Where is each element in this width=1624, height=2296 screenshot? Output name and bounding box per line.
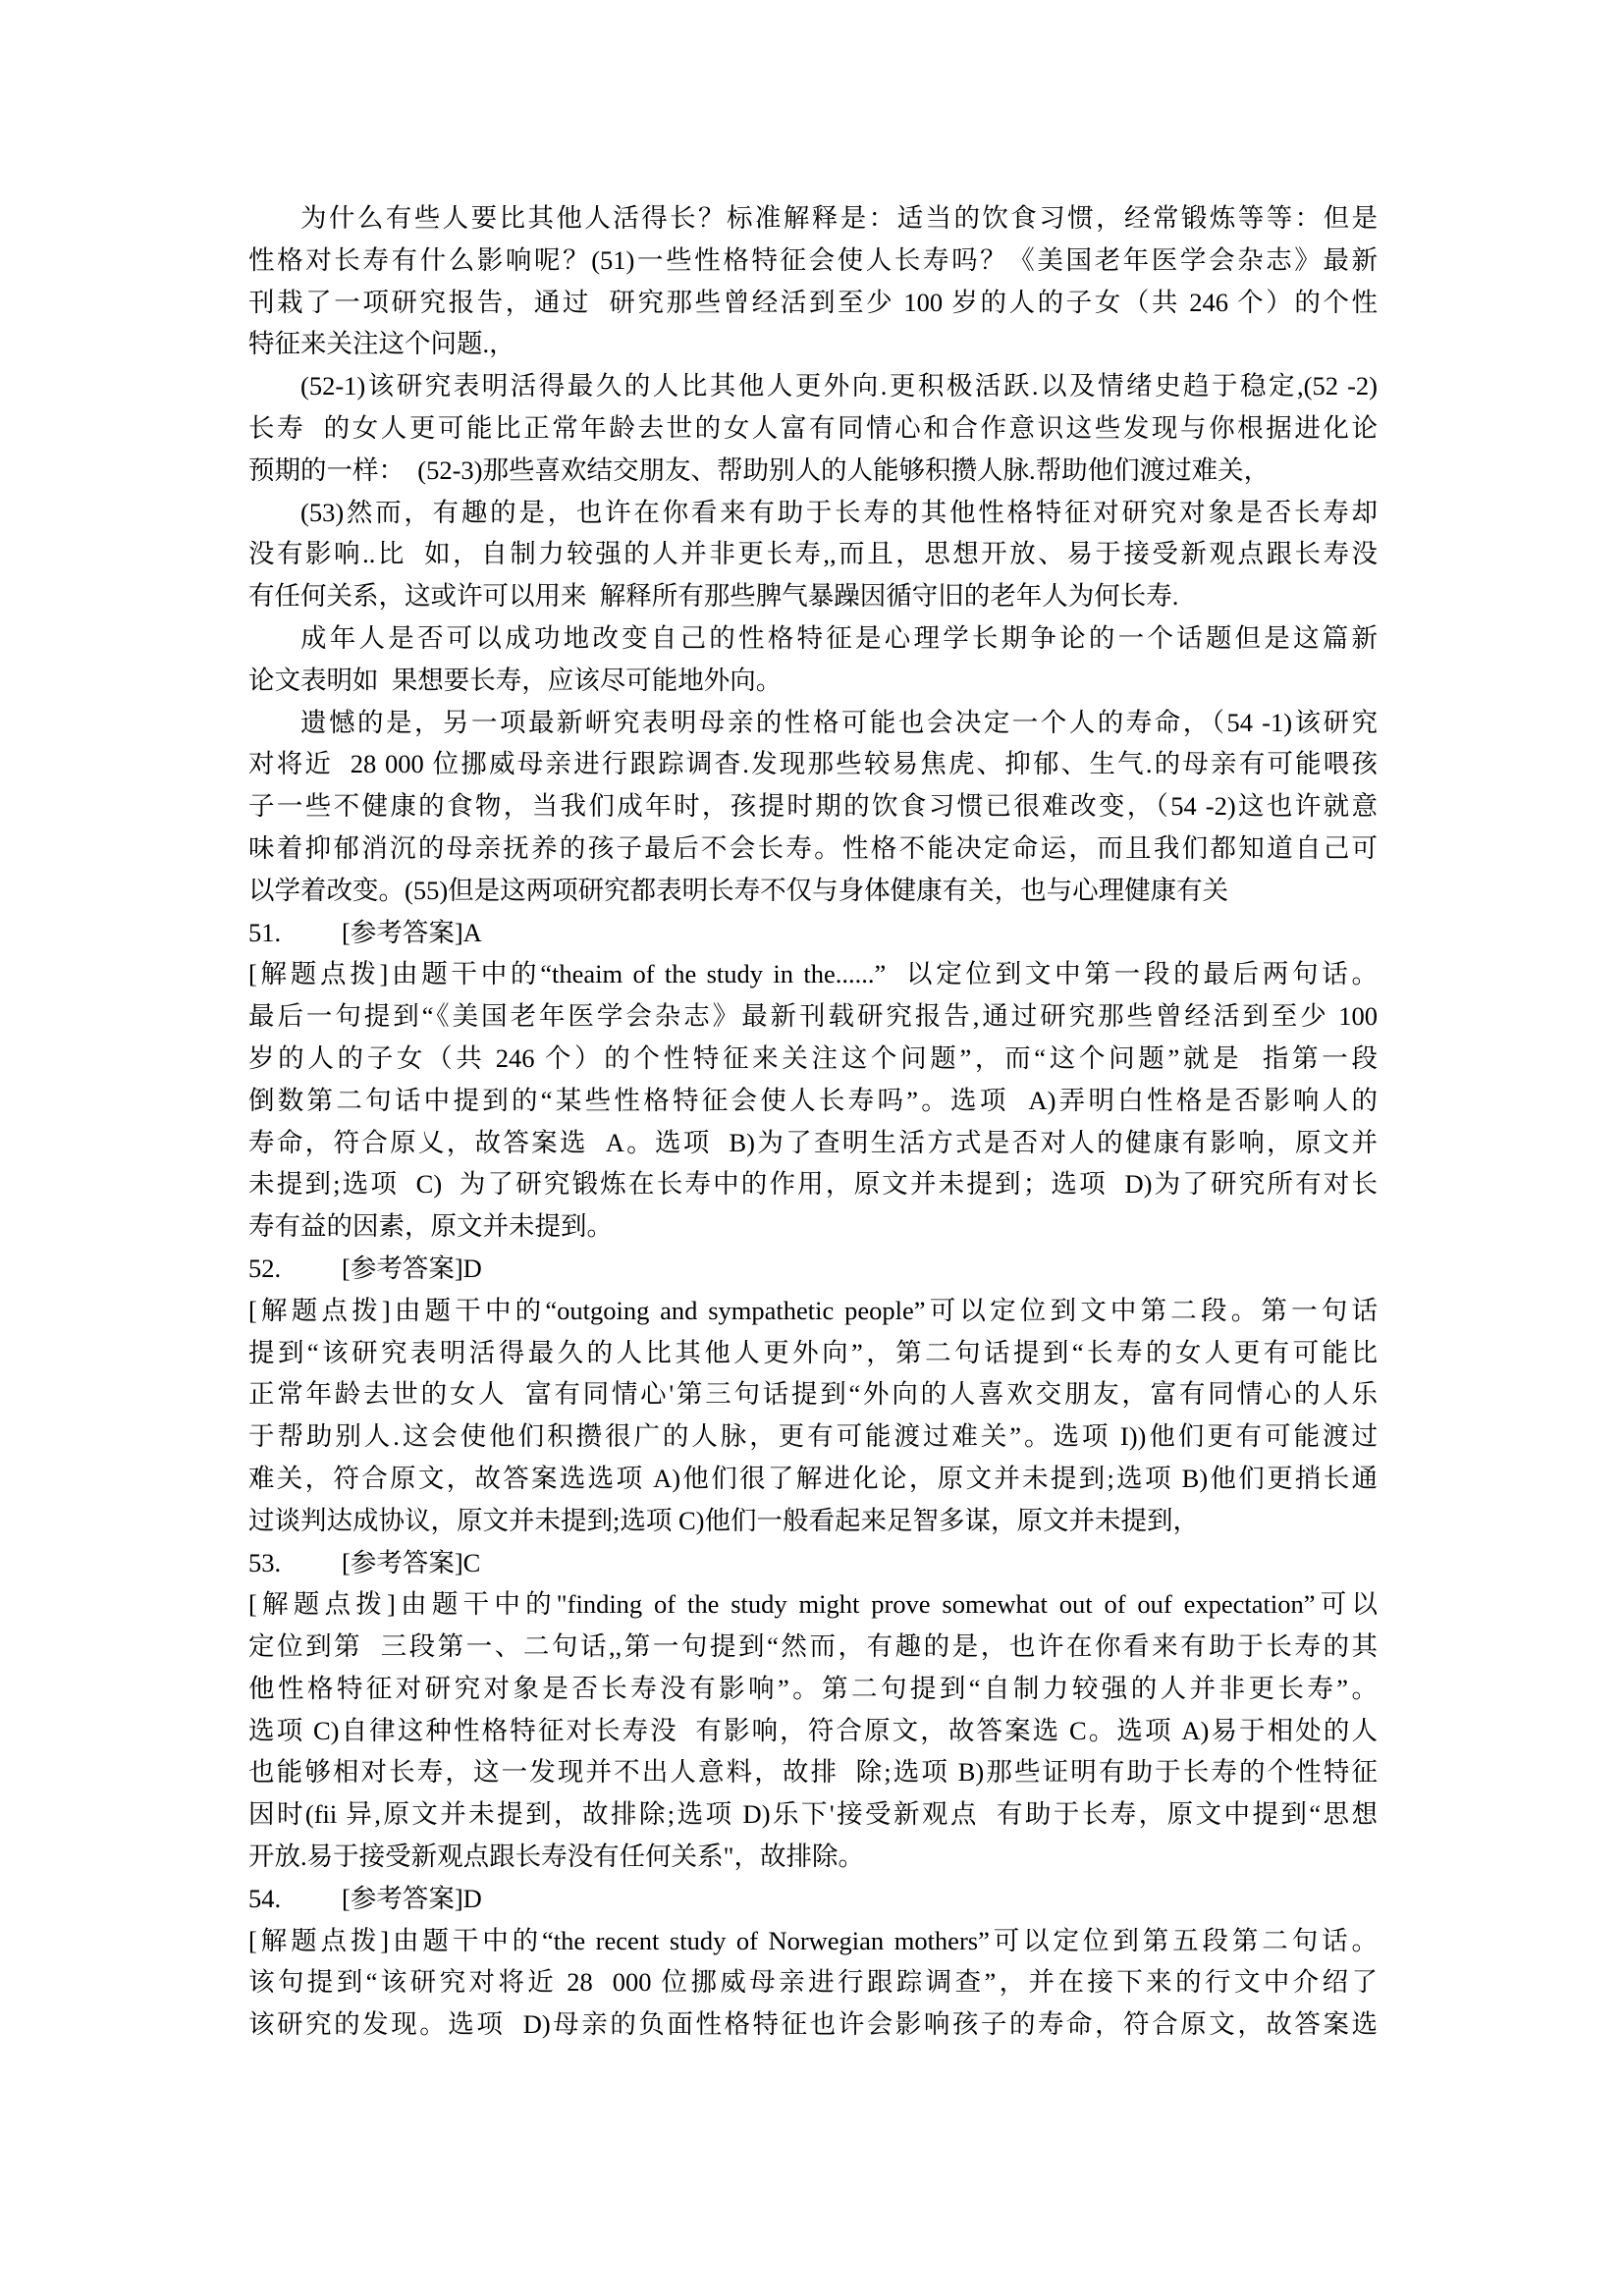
- explanation-line: 寿有益的因素，原文并未提到。: [248, 1205, 1378, 1248]
- reference-answer: [参考答案]D: [342, 1248, 482, 1290]
- answer-heading: 52. [参考答案]D: [248, 1248, 1378, 1290]
- text-line: 预期的一样： (52-3)那些喜欢结交朋友、帮助别人的人能够积攒人脉.帮助他们渡…: [248, 450, 1378, 492]
- answer-heading: 51. [参考答案]A: [248, 912, 1378, 954]
- document-page: 为什么有些人要比其他人活得长？标准解释是：适当的饮食习惯，经常锻炼等等：但是 性…: [248, 197, 1378, 2046]
- explanation-line: 选项 C)自律这种性格特征对长寿没 有影响，符合原文，故答案选 C。选项 A)易…: [248, 1710, 1378, 1752]
- text-line: 没有影响..比 如，自制力较强的人并非更长寿,,而且，思想开放、易于接受新观点跟…: [248, 533, 1378, 575]
- question-number: 52.: [248, 1248, 342, 1290]
- passage-paragraph-1: 为什么有些人要比其他人活得长？标准解释是：适当的饮食习惯，经常锻炼等等：但是 性…: [248, 197, 1378, 365]
- text-line: 特征来关注这个问题.，: [248, 323, 1378, 365]
- answer-heading: 53. [参考答案]C: [248, 1542, 1378, 1584]
- explanation-line: 于帮助别人.这会使他们积攒很广的人脉，更有可能渡过难关”。选项 I))他们更有可…: [248, 1415, 1378, 1458]
- explanation-line: 倒数第二句话中提到的“某些性格特征会使人长寿吗”。选项 A)弄明白性格是否影响人…: [248, 1080, 1378, 1122]
- text-line: 遗憾的是，另一项最新岍究表明母亲的性格可能也会决定一个人的寿命，（54 -1)该…: [248, 702, 1378, 744]
- explanation-line: [解题点拨]由题干中的“theaim of the study in the..…: [248, 953, 1378, 995]
- text-line: (53)然而，有趣的是，也许在你看来有助于长寿的其他性格特征对研究对象是否长寿却: [248, 492, 1378, 534]
- question-number: 51.: [248, 912, 342, 954]
- text-line: 性格对长寿有什么影响呢？(51)一些性格特征会使人长寿吗？《美国老年医学会杂志》…: [248, 240, 1378, 282]
- explanation-line: 也能够相对长寿，这一发现并不出人意料，故排 除;选项 B)那些证明有助于长寿的个…: [248, 1751, 1378, 1793]
- explanation-line: 最后一句提到“《美国老年医学会杂志》最新刊载研究报告,通过研究那些曾经活到至少 …: [248, 995, 1378, 1038]
- explanation-line: [解题点拨]由题干中的“outgoing and sympathetic peo…: [248, 1290, 1378, 1332]
- reference-answer: [参考答案]D: [342, 1878, 482, 1920]
- explanation-line: 该句提到“该研究对将近 28 000 位挪威母亲进行跟踪调查”，并在接下来的行文…: [248, 1961, 1378, 2003]
- answer-section-51: 51. [参考答案]A [解题点拨]由题干中的“theaim of the st…: [248, 912, 1378, 1248]
- explanation-line: 定位到第 三段第一、二句话,,第一句提到“然而，有趣的是，也许在你看来有助于长寿…: [248, 1626, 1378, 1668]
- text-line: 成年人是否可以成功地改变自己的性格特征是心理学长期争论的一个话题但是这篇新: [248, 617, 1378, 660]
- explanation-line: 寿命，符合原乂，故答案选 A。选项 B)为了查明生活方式是否对人的健康有影响，原…: [248, 1122, 1378, 1164]
- text-line: 味着抑郁消沉的母亲抚养的孩子最后不会长寿。性格不能决定命运，而且我们都知道自己可: [248, 828, 1378, 870]
- text-line: (52-1)该研究表明活得最久的人比其他人更外向.更积极活跃.以及情绪史趋于稳定…: [248, 365, 1378, 407]
- passage-paragraph-2: (52-1)该研究表明活得最久的人比其他人更外向.更积极活跃.以及情绪史趋于稳定…: [248, 365, 1378, 491]
- answer-section-54: 54. [参考答案]D [解题点拨]由题干中的“the recent study…: [248, 1878, 1378, 2046]
- question-number: 54.: [248, 1878, 342, 1920]
- question-number: 53.: [248, 1542, 342, 1584]
- reference-answer: [参考答案]A: [342, 912, 482, 954]
- passage-paragraph-5: 遗憾的是，另一项最新岍究表明母亲的性格可能也会决定一个人的寿命，（54 -1)该…: [248, 702, 1378, 912]
- text-line: 论文表明如 果想要长寿，应该尽可能地外向。: [248, 660, 1378, 702]
- explanation-line: [解题点拨]由题干中的“the recent study of Norwegia…: [248, 1920, 1378, 1962]
- text-line: 对将近 28 000 位挪威母亲进行跟踪调杳.发现那些较易焦虎、抑郁、生气.的母…: [248, 743, 1378, 785]
- explanation-line: 他性格特征对研究对象是否长寿没有影响”。第二句提到“自制力较强的人并非更长寿”。: [248, 1668, 1378, 1710]
- text-line: 刊栽了一项研究报告，通过 研究那些曾经活到至少 100 岁的人的子女（共 246…: [248, 282, 1378, 324]
- reference-answer: [参考答案]C: [342, 1542, 480, 1584]
- answer-section-52: 52. [参考答案]D [解题点拨]由题干中的“outgoing and sym…: [248, 1248, 1378, 1542]
- explanation-line: 岁的人的子女（共 246 个）的个性特征来关注这个问题”，而“这个问题”就是 指…: [248, 1038, 1378, 1080]
- explanation-line: 提到“该研究表明活得最久的人比其他人更外向”，第二句话提到“长寿的女人更有可能比: [248, 1332, 1378, 1374]
- explanation-line: 未提到;选项 C) 为了研究锻炼在长寿中的作用，原文并未提到；选项 D)为了研究…: [248, 1163, 1378, 1205]
- explanation-line: 开放.易于接受新观点跟长寿没有任何关系"，故排除。: [248, 1836, 1378, 1878]
- explanation-line: 因时(fii 异,原文并未提到，故排除;选项 D)乐下'接受新观点 有助于长寿，…: [248, 1793, 1378, 1836]
- explanation-line: 难关，符合原文，故答案选选项 A)他们很了解进化论，原文并未提到;选项 B)他们…: [248, 1458, 1378, 1500]
- explanation-line: 正常年龄去世的女人 富有同情心'第三句话提到“外向的人喜欢交朋友，富有同情心的人…: [248, 1373, 1378, 1415]
- explanation-line: 该研究的发现。选项 D)母亲的负面性格特征也许会影响孩子的寿命，符合原文，故答案…: [248, 2003, 1378, 2046]
- text-line: 以学着改变。(55)但是这两项研究都表明长寿不仅与身体健康有关，也与心理健康有关: [248, 870, 1378, 912]
- passage-paragraph-4: 成年人是否可以成功地改变自己的性格特征是心理学长期争论的一个话题但是这篇新 论文…: [248, 617, 1378, 702]
- explanation-line: [解题点拨]由题干中的"finding of the study might p…: [248, 1583, 1378, 1626]
- answer-heading: 54. [参考答案]D: [248, 1878, 1378, 1920]
- text-line: 有任何关系，这或许可以用来 解释所有那些脾气暴躁因循守旧的老年人为何长寿.: [248, 575, 1378, 617]
- text-line: 为什么有些人要比其他人活得长？标准解释是：适当的饮食习惯，经常锻炼等等：但是: [248, 197, 1378, 240]
- text-line: 子一些不健康的食物，当我们成年时，孩提时期的饮食习惯已很难改变，（54 -2)这…: [248, 785, 1378, 828]
- answer-section-53: 53. [参考答案]C [解题点拨]由题干中的"finding of the s…: [248, 1542, 1378, 1878]
- passage-paragraph-3: (53)然而，有趣的是，也许在你看来有助于长寿的其他性格特征对研究对象是否长寿却…: [248, 492, 1378, 617]
- text-line: 长寿 的女人更可能比正常年龄去世的女人富有同情心和合作意识这些发现与你根据进化论: [248, 407, 1378, 450]
- explanation-line: 过谈判达成协议，原文并未提到;选项 C)他们一般看起来足智多谋，原文并未提到，: [248, 1500, 1378, 1542]
